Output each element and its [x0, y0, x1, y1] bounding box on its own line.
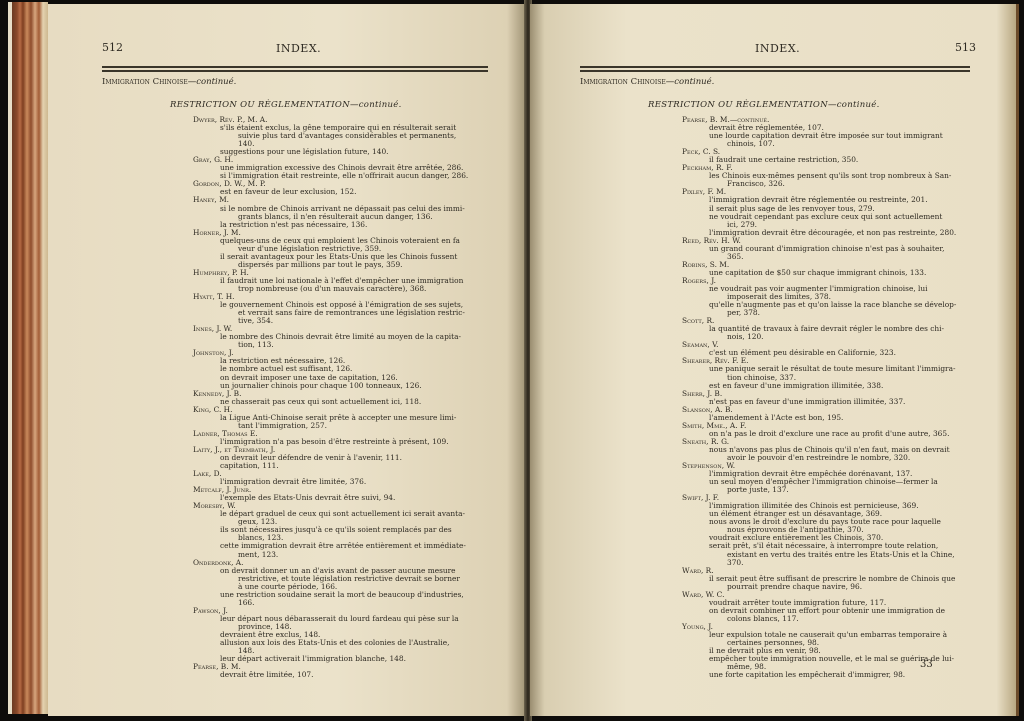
index-reference: l'exemple des Etats-Unis devrait être su… [193, 494, 498, 502]
running-head: INDEX. [755, 42, 800, 55]
index-reference: suggestions pour une législation future,… [193, 148, 498, 156]
index-reference: per, 378. [682, 309, 982, 317]
subtopic-title: RESTRICTION OU RÈGLEMENTATION [648, 100, 828, 110]
index-reference: nois, 120. [682, 333, 982, 341]
index-reference: tion, 113. [193, 341, 498, 349]
book-page-edges [8, 2, 48, 714]
index-reference: est en faveur de leur exclusion, 152. [193, 188, 498, 196]
topic-continued: —continué. [188, 77, 237, 87]
subtopic-title: RESTRICTION OU RÈGLEMENTATION [170, 100, 350, 110]
index-reference: une capitation de $50 sur chaque immigra… [682, 269, 982, 277]
subtopic-heading: RESTRICTION OU RÈGLEMENTATION—continué. [170, 100, 402, 110]
topic-heading: Immigration Chinoise—continué. [580, 77, 714, 87]
topic-title: Immigration Chinoise [580, 77, 666, 87]
subtopic-continued: —continué. [350, 100, 402, 110]
index-entries: Dwyer, Rév. P., M. A.s'ils étaient exclu… [193, 116, 498, 679]
subtopic-continued: —continué. [828, 100, 880, 110]
subtopic-heading: RESTRICTION OU RÈGLEMENTATION—continué. [648, 100, 880, 110]
index-reference: 370. [682, 559, 982, 567]
left-page: 512 INDEX. Immigration Chinoise—continué… [48, 4, 526, 716]
index-reference: chinois, 107. [682, 140, 982, 148]
header-rule [102, 66, 488, 72]
index-reference: 166. [193, 599, 498, 607]
index-reference: Francisco, 326. [682, 180, 982, 188]
index-reference: porte juste, 137. [682, 486, 982, 494]
page-number: 512 [102, 41, 123, 54]
header-rule [580, 66, 970, 72]
running-head: INDEX. [276, 42, 321, 55]
signature-mark: 33 [920, 659, 933, 670]
index-reference: colons blancs, 117. [682, 615, 982, 623]
topic-heading: Immigration Chinoise—continué. [102, 77, 236, 87]
index-reference: trop nombreuse (ou d'un mauvais caractèr… [193, 285, 498, 293]
index-reference: pourrait prendre chaque navire, 96. [682, 583, 982, 591]
index-reference: ne chasserait pas ceux qui sont actuelle… [193, 398, 498, 406]
page-number: 513 [955, 41, 976, 54]
index-reference: tive, 354. [193, 317, 498, 325]
index-reference: une forte capitation les empêcherait d'i… [682, 671, 982, 679]
right-page: INDEX. 513 Immigration Chinoise—continué… [530, 4, 1019, 716]
index-reference: capitation, 111. [193, 462, 498, 470]
index-reference: devrait être limitée, 107. [193, 671, 498, 679]
topic-title: Immigration Chinoise [102, 77, 188, 87]
index-reference: est en faveur d'une immigration illimité… [682, 382, 982, 390]
topic-continued: —continué. [666, 77, 715, 87]
index-entries: Pearse, B. M.—continué.devrait être régl… [682, 116, 982, 679]
